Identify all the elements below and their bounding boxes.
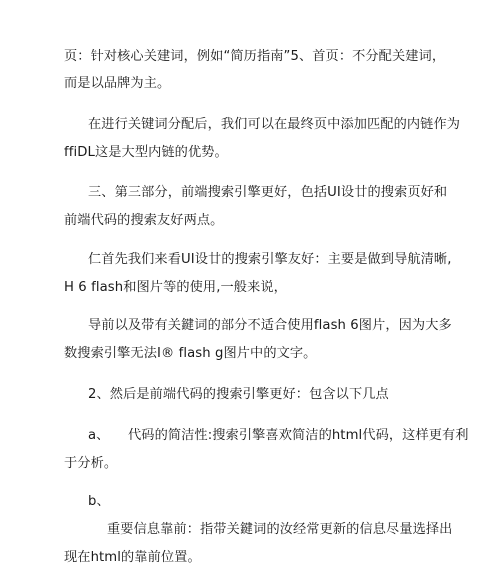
list-item-text: 代码的简洁性:搜索引擎喜欢简洁的html代码，这样更有利 bbox=[128, 427, 469, 445]
paragraph-line: ffiDL这是大型内链的优势。 bbox=[64, 144, 228, 162]
paragraph-line: 在进行关键词分配后，我们可以在最终页中添加匹配的内链作为 bbox=[88, 116, 460, 134]
paragraph-line: 仁首先我们来看UI设廿的搜索引擎友好：主要是做到导航清晰, bbox=[88, 251, 452, 269]
list-marker: a、 bbox=[88, 427, 109, 445]
list-marker: b、 bbox=[88, 493, 110, 511]
paragraph-line: 现在html的靠前位置。 bbox=[64, 549, 201, 565]
paragraph-line: 页：针对核心关建词，例如“简历指南”5、首页：不分配关建词， bbox=[64, 48, 445, 66]
paragraph-line: 而是以品牌为主。 bbox=[64, 75, 170, 93]
paragraph-line: 于分析。 bbox=[64, 455, 117, 473]
paragraph-line: 2、然后是前端代码的搜索引擎更好：包含以下几点 bbox=[88, 386, 389, 404]
paragraph-line: 导前以及带有关鍵词的部分不适合使用flash 6图片，因为大多 bbox=[88, 317, 452, 335]
paragraph-line: 数搜索引擎无法I® flash g图片中的文字。 bbox=[64, 345, 316, 363]
paragraph-line: H 6 flash和图片等的使用,一般来说， bbox=[64, 279, 287, 297]
list-item-text: 重要信息靠前：指带关鍵词的汝经常更新的信息尽量选择出 bbox=[107, 521, 452, 539]
paragraph-line: 前端代码的搜索友好两点。 bbox=[64, 212, 223, 230]
section-heading: 三、第三部分，前端搜索引擎更好，色括UI设廿的搜索页好和 bbox=[88, 184, 447, 202]
